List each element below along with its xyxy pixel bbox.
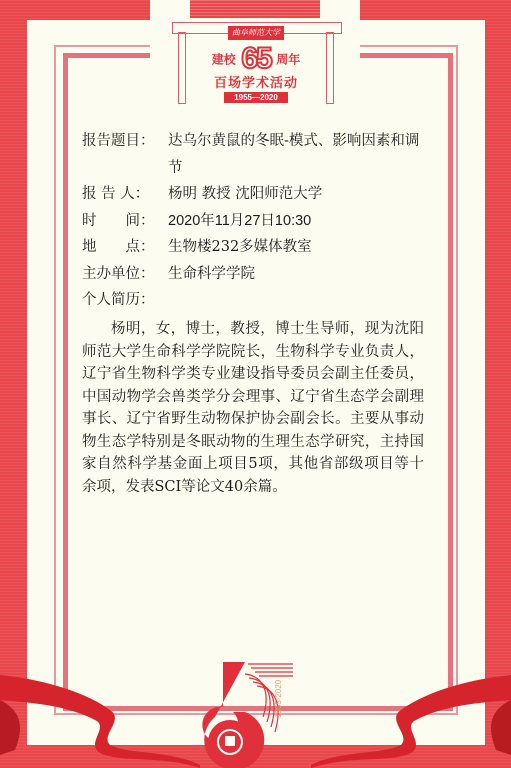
gate-pillar-icon	[326, 32, 334, 104]
lecture-info: 报告题目： 达乌尔黄鼠的冬眠-模式、影响因素和调节 报 告 人： 杨明 教授 沈…	[82, 128, 432, 314]
time-label: 时 间：	[82, 208, 168, 235]
info-row-time: 时 间： 2020年11月27日10:30	[82, 208, 432, 235]
anniversary-title: 建校 65 周年	[200, 42, 312, 76]
bio-label: 个人简历：	[82, 287, 168, 314]
location-value: 生物楼232多媒体教室	[168, 234, 432, 261]
svg-text:1955-2020: 1955-2020	[274, 679, 283, 718]
info-row-location: 地 点： 生物楼232多媒体教室	[82, 234, 432, 261]
gate-pillar-icon	[178, 32, 186, 104]
bio-paragraph: 杨明，女，博士，教授，博士生导师，现为沈阳师范大学生命科学学院院长，生物科学专业…	[82, 318, 424, 498]
title-label: 报告题目：	[82, 128, 168, 181]
ribbon-right-icon	[311, 655, 511, 768]
anniversary-prefix: 建校	[212, 53, 236, 67]
university-plaque: 曲阜师范大学	[228, 26, 284, 40]
info-row-speaker: 报 告 人： 杨明 教授 沈阳师范大学	[82, 181, 432, 208]
organizer-value: 生命科学学院	[168, 261, 432, 288]
organizer-label: 主办单位：	[82, 261, 168, 288]
location-label: 地 点：	[82, 234, 168, 261]
title-value: 达乌尔黄鼠的冬眠-模式、影响因素和调节	[168, 128, 432, 181]
gate-roof-icon	[190, 0, 320, 18]
speaker-label: 报 告 人：	[82, 181, 168, 208]
anniversary-suffix: 周年	[276, 53, 300, 67]
info-row-bio: 个人简历：	[82, 287, 432, 314]
year-range: 1955—2020	[224, 92, 288, 103]
info-row-organizer: 主办单位： 生命科学学院	[82, 261, 432, 288]
info-row-title: 报告题目： 达乌尔黄鼠的冬眠-模式、影响因素和调节	[82, 128, 432, 181]
anniversary-65-logo-icon: 1955-2020	[193, 662, 313, 768]
time-value: 2020年11月27日10:30	[168, 208, 432, 235]
anniversary-number: 65	[241, 42, 270, 75]
speaker-value: 杨明 教授 沈阳师范大学	[168, 181, 432, 208]
ribbon-left-icon	[0, 655, 200, 768]
activity-title: 百场学术活动	[190, 72, 322, 91]
